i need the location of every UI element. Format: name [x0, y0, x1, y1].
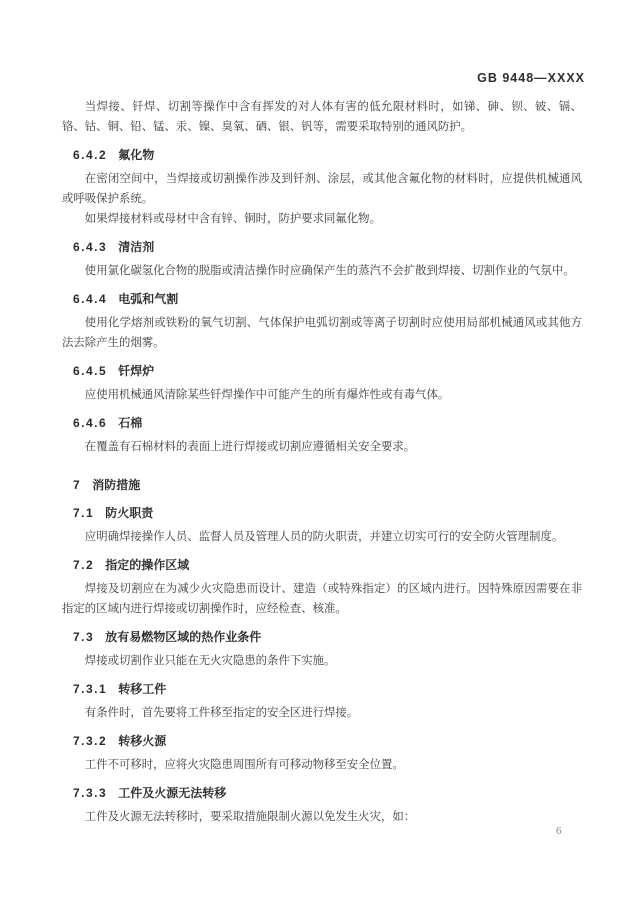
clause-title: 氟化物	[118, 148, 154, 162]
clause-title: 转移工件	[118, 682, 166, 696]
clause-heading: 6.4.4电弧和气割	[73, 289, 582, 309]
clause-heading: 7.2指定的操作区域	[73, 555, 582, 575]
page-number: 6	[556, 825, 562, 837]
clause-title: 转移火源	[118, 734, 166, 748]
clause-number: 7	[73, 478, 81, 492]
clause-number: 7.2	[73, 558, 94, 572]
clause-heading: 6.4.2氟化物	[73, 145, 582, 165]
paragraph: 使用化学熔剂或铁粉的氧气切割、气体保护电弧切割或等离子切割时应使用局部机械通风或…	[62, 313, 582, 353]
paragraph: 在密闭空间中，当焊接或切割操作涉及到钎剂、涂层，或其他含氟化物的材料时，应提供机…	[62, 169, 582, 209]
clause-heading: 6.4.3清洁剂	[73, 237, 582, 257]
paragraph: 有条件时，首先要将工件移至指定的安全区进行焊接。	[62, 703, 582, 723]
paragraph: 工件不可移时，应将火灾隐患周围所有可移动物移至安全位置。	[62, 755, 582, 775]
paragraph: 应使用机械通风清除某些钎焊操作中可能产生的所有爆炸性或有毒气体。	[62, 385, 582, 405]
clause-number: 7.3.2	[73, 734, 107, 748]
doc-code: GB 9448—XXXX	[477, 71, 585, 85]
clause-title: 石棉	[118, 416, 142, 430]
clause-number: 6.4.2	[73, 148, 107, 162]
clause-title: 防火职责	[105, 506, 153, 520]
clause-title: 消防措施	[92, 478, 140, 492]
clause-heading: 6.4.5钎焊炉	[73, 361, 582, 381]
paragraph: 如果焊接材料或母材中含有锌、铜时，防护要求同氟化物。	[62, 209, 582, 229]
clause-title: 放有易燃物区域的热作业条件	[105, 630, 261, 644]
clause-heading: 7.3放有易燃物区域的热作业条件	[73, 627, 582, 647]
clause-heading: 7.3.3工件及火源无法转移	[73, 783, 582, 803]
paragraph: 焊接及切割应在为减少火灾隐患而设计、建造（或特殊指定）的区域内进行。因特殊原因需…	[62, 579, 582, 619]
paragraph: 当焊接、钎焊、切割等操作中含有挥发的对人体有害的低允限材料时，如锑、砷、钡、铍、…	[62, 97, 582, 137]
paragraph: 使用氯化碳氢化合物的脱脂或清洁操作时应确保产生的蒸汽不会扩散到焊接、切割作业的气…	[62, 261, 582, 281]
clause-number: 7.3.3	[73, 786, 107, 800]
paragraph: 在覆盖有石棉材料的表面上进行焊接或切割应遵循相关安全要求。	[62, 437, 582, 457]
document-body: 当焊接、钎焊、切割等操作中含有挥发的对人体有害的低允限材料时，如锑、砷、钡、铍、…	[62, 97, 582, 827]
clause-heading: 6.4.6石棉	[73, 413, 582, 433]
clause-number: 6.4.4	[73, 292, 107, 306]
clause-heading: 7消防措施	[73, 475, 582, 495]
clause-heading: 7.3.1转移工件	[73, 679, 582, 699]
clause-heading: 7.1防火职责	[73, 503, 582, 523]
clause-number: 7.3.1	[73, 682, 107, 696]
clause-number: 6.4.5	[73, 364, 107, 378]
paragraph: 焊接或切割作业只能在无火灾隐患的条件下实施。	[62, 651, 582, 671]
clause-title: 电弧和气割	[118, 292, 178, 306]
clause-number: 6.4.3	[73, 240, 107, 254]
document-page: GB 9448—XXXX 当焊接、钎焊、切割等操作中含有挥发的对人体有害的低允限…	[0, 0, 639, 903]
paragraph: 应明确焊接操作人员、监督人员及管理人员的防火职责，并建立切实可行的安全防火管理制…	[62, 527, 582, 547]
page-header: GB 9448—XXXX	[62, 71, 585, 85]
clause-heading: 7.3.2转移火源	[73, 731, 582, 751]
clause-title: 指定的操作区域	[105, 558, 189, 572]
clause-number: 6.4.6	[73, 416, 107, 430]
clause-number: 7.1	[73, 506, 94, 520]
clause-title: 清洁剂	[118, 240, 154, 254]
clause-title: 工件及火源无法转移	[118, 786, 226, 800]
clause-title: 钎焊炉	[118, 364, 154, 378]
paragraph: 工件及火源无法转移时，要采取措施限制火源以免发生火灾，如：	[62, 807, 582, 827]
clause-number: 7.3	[73, 630, 94, 644]
